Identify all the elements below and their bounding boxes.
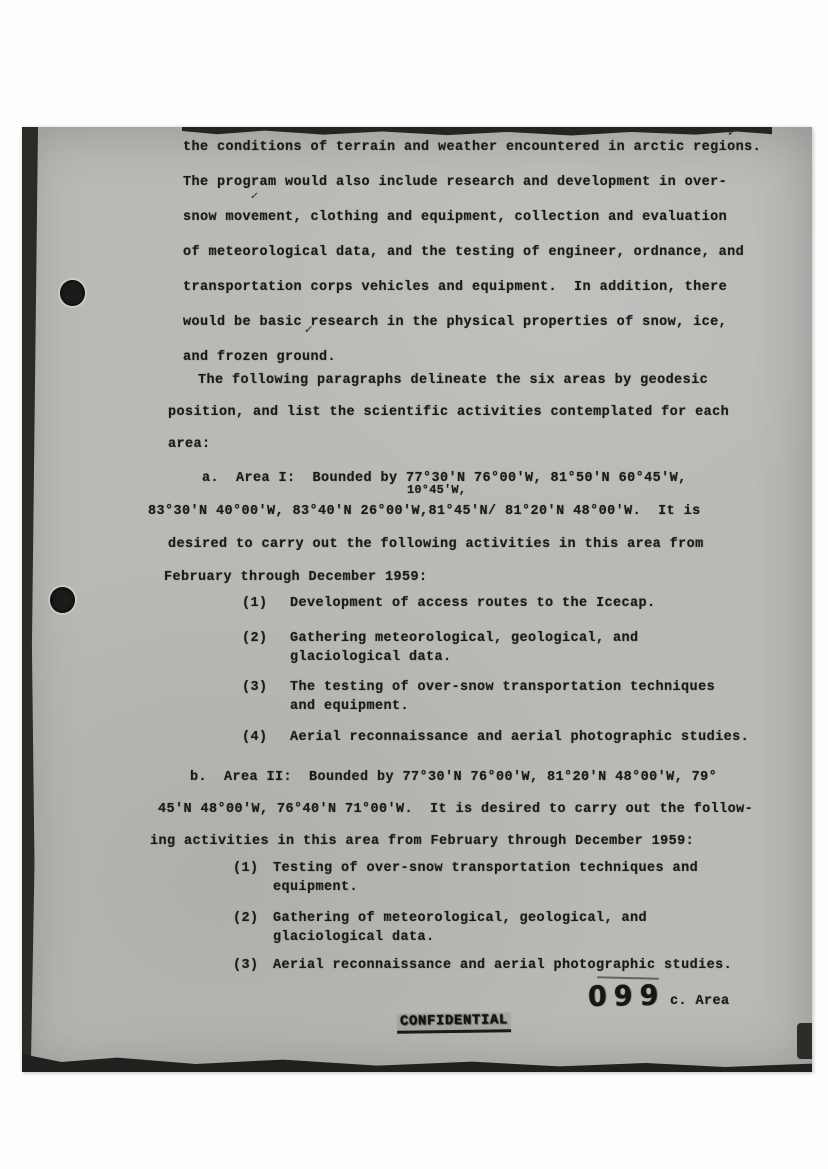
item-text: Testing of over-snow transportation tech… [273, 859, 698, 897]
typed-insertion-correction: 10°45'W, [407, 483, 466, 497]
text-line: snow movement, clothing and equipment, c… [183, 200, 793, 235]
item-number: (3) [233, 956, 273, 975]
hole-punch-top [60, 280, 85, 306]
text-line: would be basic research in the physical … [183, 305, 793, 340]
list-item: (1)Development of access routes to the I… [242, 594, 749, 613]
text-line: 83°30'N 40°00'W, 83°40'N 26°00'W,81°45'N… [148, 495, 808, 528]
text-line: February through December 1959: [164, 561, 808, 594]
scan-corner-mark [797, 1023, 812, 1059]
list-item: (1)Testing of over-snow transportation t… [233, 859, 732, 897]
page-number-stamp: 099 [588, 980, 666, 1014]
catchword-next-page: c. Area [670, 994, 730, 1009]
text-line: The program would also include research … [183, 165, 793, 200]
item-number: (1) [242, 594, 290, 613]
item-number: (2) [233, 909, 273, 928]
item-text: Aerial reconnaissance and aerial photogr… [273, 956, 732, 975]
item-text: Gathering of meteorological, geological,… [273, 909, 647, 947]
text-line: position, and list the scientific activi… [168, 397, 788, 429]
scan-canvas: { "document": { "intro": { "lines": [ "t… [0, 0, 828, 1169]
item-number: (1) [233, 859, 273, 878]
text-line: transportation corps vehicles and equipm… [183, 270, 793, 305]
text-line: 45'N 48°00'W, 76°40'N 71°00'W. It is des… [158, 794, 818, 826]
text-line: b. Area II: Bounded by 77°30'N 76°00'W, … [168, 762, 818, 794]
area-1-activity-list: (1)Development of access routes to the I… [242, 594, 749, 759]
scan-edge-left [22, 127, 38, 1072]
text-line: the conditions of terrain and weather en… [183, 130, 793, 165]
item-text: Gathering meteorological, geological, an… [290, 629, 639, 667]
list-item: (2)Gathering of meteorological, geologic… [233, 909, 732, 947]
list-item: (3)The testing of over-snow transportati… [242, 678, 749, 716]
text-line: ing activities in this area from Februar… [150, 826, 818, 858]
scan-edge-bottom [22, 1052, 812, 1072]
paragraph-area-1: a. Area I: Bounded by 77°30'N 76°00'W, 8… [168, 462, 808, 594]
text-line: a. Area I: Bounded by 77°30'N 76°00'W, 8… [168, 462, 808, 495]
item-text: Development of access routes to the Icec… [290, 594, 656, 613]
scanned-document-page: ✓ ✓ ✓ the conditions of terrain and weat… [22, 127, 812, 1072]
text-line: desired to carry out the following activ… [168, 528, 808, 561]
paragraph-intro: the conditions of terrain and weather en… [183, 130, 793, 375]
text-line: area: [168, 429, 788, 461]
hole-punch-bottom [50, 587, 75, 613]
list-item: (4)Aerial reconnaissance and aerial phot… [242, 728, 749, 747]
text-line: of meteorological data, and the testing … [183, 235, 793, 270]
item-number: (4) [242, 728, 290, 747]
list-item: (2)Gathering meteorological, geological,… [242, 629, 749, 667]
text-line: The following paragraphs delineate the s… [168, 365, 788, 397]
list-item: (3)Aerial reconnaissance and aerial phot… [233, 956, 732, 975]
item-number: (3) [242, 678, 290, 697]
confidential-stamp: CONFIDENTIAL [397, 1012, 511, 1034]
area-2-activity-list: (1)Testing of over-snow transportation t… [233, 859, 732, 987]
paragraph-area-2: b. Area II: Bounded by 77°30'N 76°00'W, … [168, 762, 818, 858]
paragraph-areas-overview: The following paragraphs delineate the s… [168, 365, 788, 461]
item-text: The testing of over-snow transportation … [290, 678, 715, 716]
item-text: Aerial reconnaissance and aerial photogr… [290, 728, 749, 747]
item-number: (2) [242, 629, 290, 648]
